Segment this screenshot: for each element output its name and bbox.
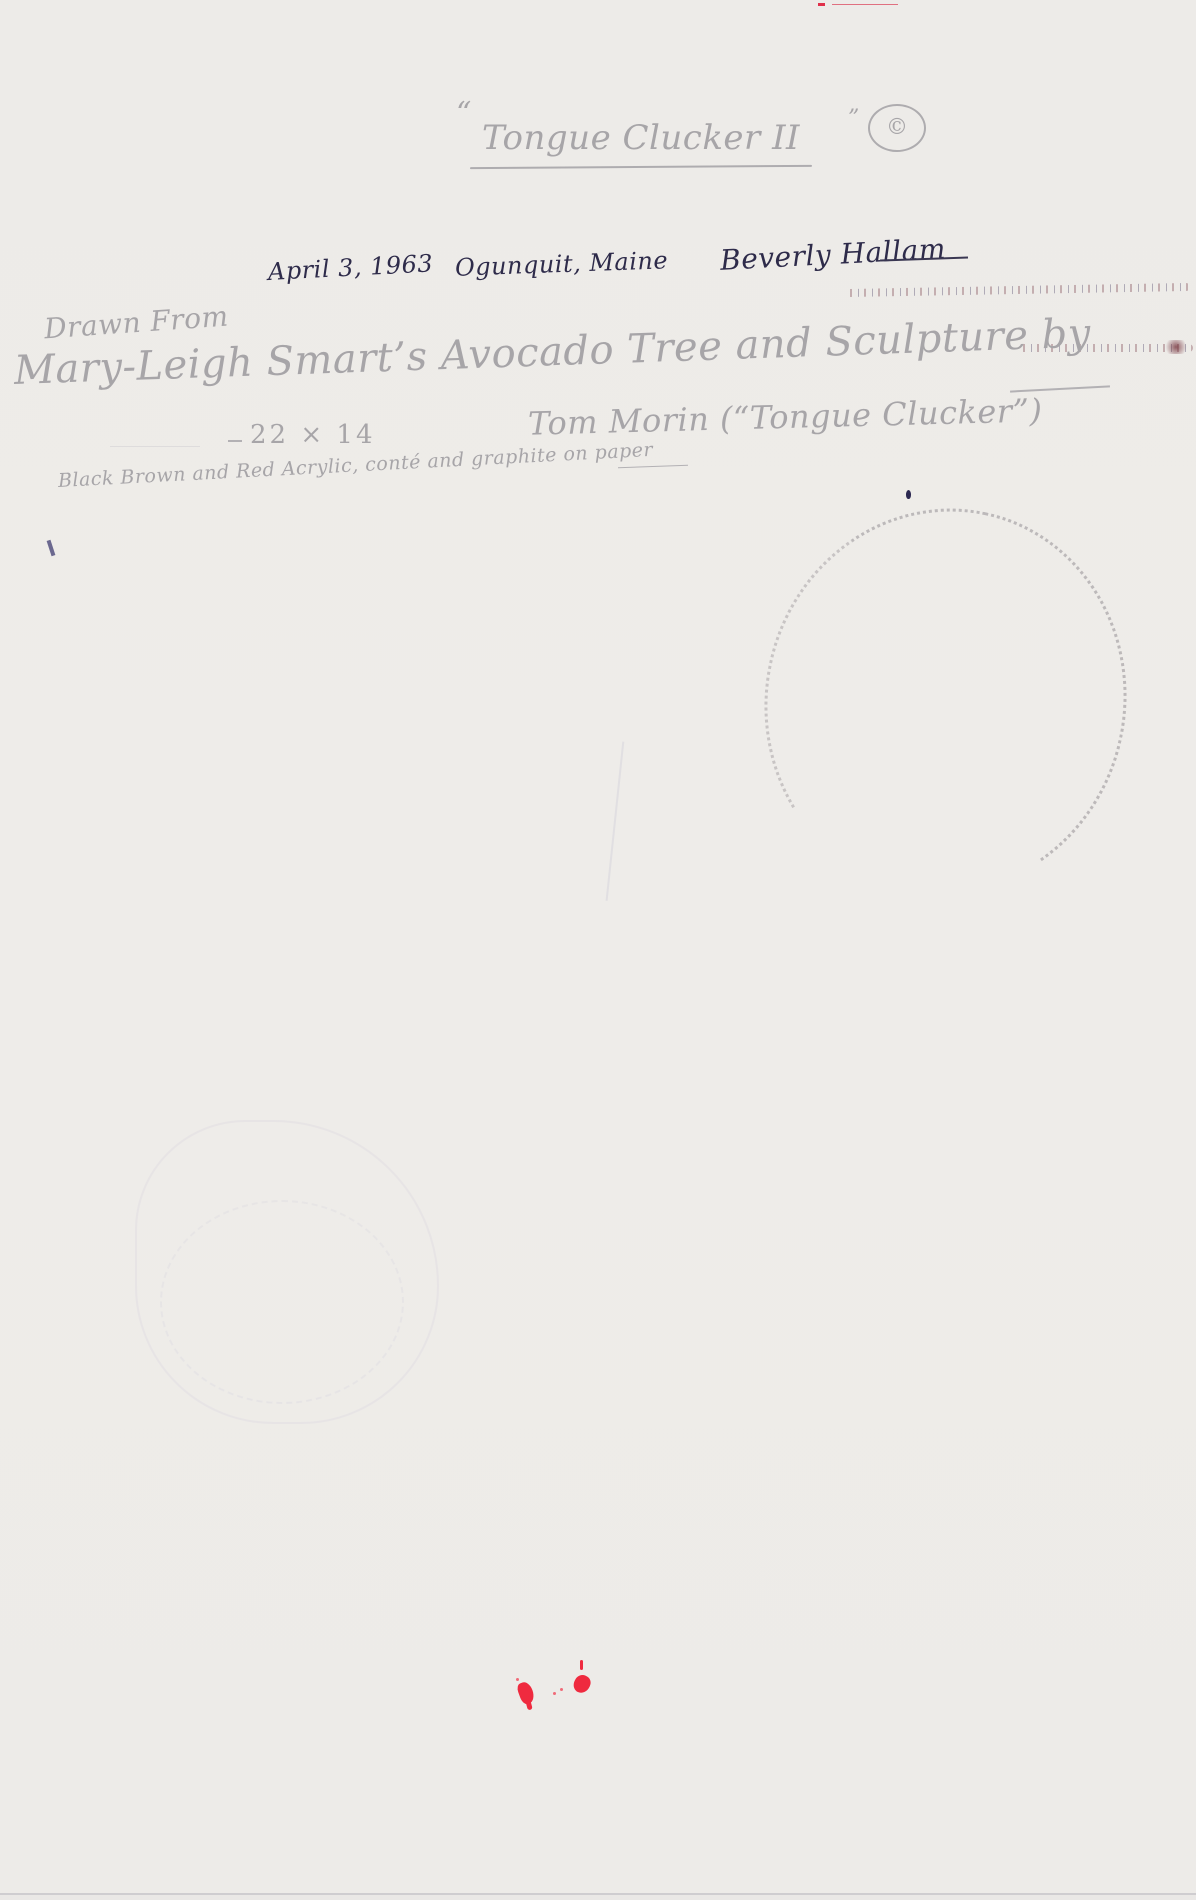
title-open-quote: “ bbox=[456, 96, 472, 131]
show-through-line bbox=[582, 739, 625, 901]
inscription-location: Ogunquit, Maine bbox=[455, 246, 669, 281]
show-through-drawing bbox=[160, 1200, 404, 1404]
dash bbox=[228, 440, 242, 442]
drawn-from-label: Drawn From bbox=[43, 300, 230, 346]
stain-speckles bbox=[845, 283, 1190, 297]
source-description-line-2: Tom Morin (“Tongue Clucker”) bbox=[528, 391, 1043, 442]
red-paint-speck bbox=[560, 1688, 563, 1691]
artwork-title: Tongue Clucker II bbox=[482, 118, 800, 158]
red-paint-speck bbox=[516, 1678, 519, 1681]
background-strip bbox=[0, 1895, 1196, 1900]
red-paint-speck bbox=[553, 1692, 556, 1695]
pencil-flourish bbox=[618, 465, 688, 469]
red-mark-top bbox=[818, 3, 825, 6]
inscription-date: April 3, 1963 bbox=[267, 249, 434, 286]
ink-dot bbox=[906, 490, 911, 499]
artist-signature: Beverly Hallam bbox=[719, 232, 946, 277]
ink-mark bbox=[47, 540, 56, 556]
red-paint-mark bbox=[571, 1672, 593, 1695]
charcoal-arc-trace bbox=[729, 475, 1162, 928]
red-line-top bbox=[832, 4, 898, 5]
stain-spot bbox=[1165, 340, 1187, 354]
paper-sheet: “ Tongue Clucker II ” © April 3, 1963 Og… bbox=[0, 0, 1196, 1896]
title-underline bbox=[470, 165, 812, 169]
red-paint-mark bbox=[580, 1660, 583, 1670]
artwork-dimensions: 22 × 14 bbox=[250, 420, 375, 450]
erased-text bbox=[110, 430, 200, 447]
copyright-icon: © bbox=[868, 104, 926, 152]
title-close-quote: ” bbox=[848, 106, 860, 131]
